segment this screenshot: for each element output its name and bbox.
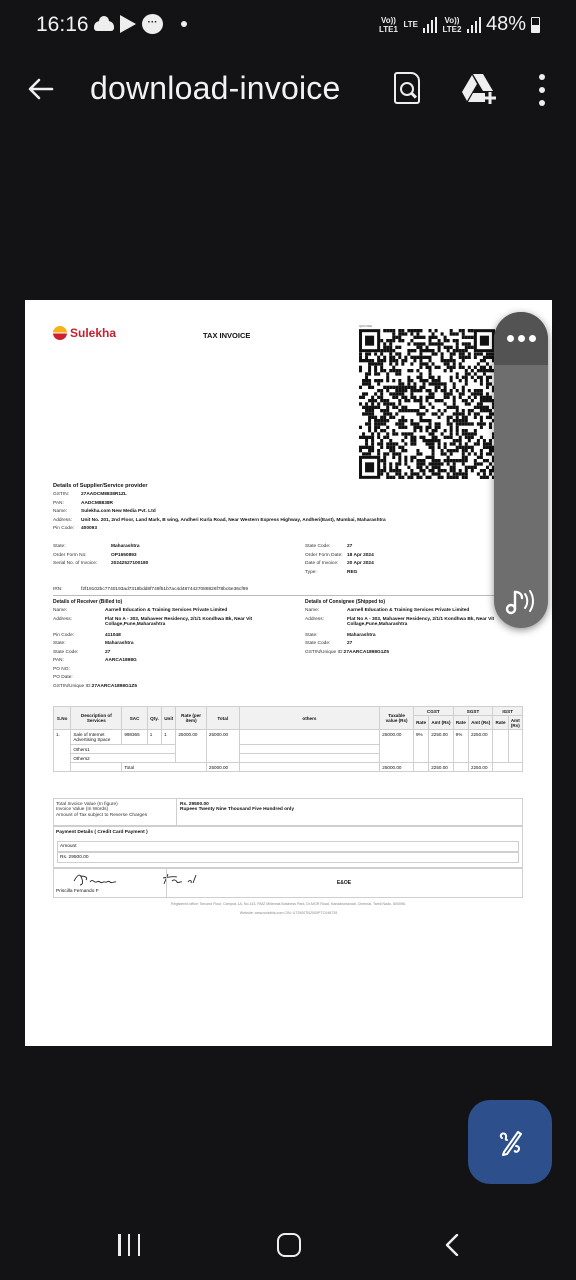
sim2-label: Vo)) LTE2 <box>442 16 462 34</box>
back-arrow-icon[interactable] <box>26 74 58 106</box>
items-table: S.No Description of Services SAC Qty. Un… <box>53 706 523 772</box>
field-label: Name: <box>53 608 105 613</box>
recents-button[interactable] <box>118 1234 140 1256</box>
table-total-row: Total 25000.00 25000.00 2250.00 2250.00 <box>54 763 523 772</box>
field-value: 20 Apr 2024 <box>347 561 374 566</box>
order-field: Date of Invoice:20 Apr 2024 <box>305 561 374 566</box>
supplier-field: GSTIN:27AADCM8838R1ZL <box>53 492 127 497</box>
field-value: REG <box>347 570 357 575</box>
field-label: State: <box>53 641 105 646</box>
battery-percent: 48% <box>486 13 526 36</box>
divider <box>53 595 523 596</box>
receiver-field: Pin Code:411048 <box>53 633 121 638</box>
field-value: Flat No A - 303, Mahaveer Residency, 2/1… <box>347 617 497 628</box>
supplier-field: PAN:AADCM8838R <box>53 501 113 506</box>
supplier-field: Pin Code:400093 <box>53 526 97 531</box>
payment-heading: Payment Details ( Credit Card Payment ) <box>56 830 148 835</box>
receiver-heading: Details of Receiver (Billed to) <box>53 599 122 605</box>
search-document-icon[interactable] <box>394 72 420 104</box>
field-label: Type: <box>305 570 347 575</box>
cloud-icon <box>94 21 114 31</box>
sim1-label: Vo)) LTE1 <box>378 16 398 34</box>
field-value: 27AADCM8838R1ZL <box>81 492 127 497</box>
field-value: 27AARCA1898G1Z5 <box>344 650 389 655</box>
field-value: Sulekha.com New Media Pvt. Ltd <box>81 509 156 514</box>
field-value: 27 <box>347 544 352 549</box>
irn-value: f2f19102bc7740193ad7318bdd8f749f51b7ac4d… <box>81 587 248 592</box>
order-field: Type:REG <box>305 570 357 575</box>
eoe-label: E&OE <box>166 880 522 886</box>
more-horiz-icon[interactable] <box>494 312 548 365</box>
navigation-bar <box>0 1210 576 1280</box>
supplier-field: Address:Unit No. 201, 2nd Floor, Land Ma… <box>53 518 386 523</box>
receiver-field: PAN:AARCA1898G <box>53 658 137 663</box>
drive-add-icon[interactable] <box>462 72 498 106</box>
field-label: GSTIN/Unique ID: <box>53 684 92 689</box>
table-header-row: S.No Description of Services SAC Qty. Un… <box>54 707 523 716</box>
invoice-title: TAX INVOICE <box>203 331 250 340</box>
home-button[interactable] <box>277 1233 301 1257</box>
field-value: Maharashtra <box>111 544 140 549</box>
field-label: GSTIN/Unique ID: <box>305 650 344 655</box>
receiver-field: Address:Flat No A - 303, Mahaveer Reside… <box>53 617 255 628</box>
receiver-field: PO NO: <box>53 667 105 672</box>
footer-address: Registered office: Second Floor, Campus … <box>25 902 552 906</box>
invoice-page: Sulekha TAX INVOICE QRCODE Details of Su… <box>25 300 552 1046</box>
field-label: Date of Invoice: <box>305 561 347 566</box>
field-label: GSTIN: <box>53 492 81 497</box>
field-value: 18 Apr 2024 <box>347 553 374 558</box>
field-label: Pin Code: <box>53 633 105 638</box>
field-label: Order Form No: <box>53 553 111 558</box>
field-label: Order Form Date: <box>305 553 347 558</box>
field-label: PAN: <box>53 501 81 506</box>
back-button[interactable] <box>442 1234 464 1256</box>
field-label: Pin Code: <box>53 526 81 531</box>
sulekha-logo: Sulekha <box>53 326 116 340</box>
consignee-field: Address:Flat No A - 303, Mahaveer Reside… <box>305 617 497 628</box>
field-value: 27 <box>347 641 352 646</box>
invoice-value-words: Rupees Twenty Nine Thousand Five Hundred… <box>180 807 294 812</box>
field-value: Unit No. 201, 2nd Floor, Land Mark, B wi… <box>81 518 386 523</box>
messages-icon: ··· <box>142 14 163 34</box>
field-value: OP1650893 <box>111 553 137 558</box>
field-label: State: <box>305 633 347 638</box>
order-field: State:Maharashtra <box>53 544 140 549</box>
field-value: 400093 <box>81 526 97 531</box>
supplier-field: Name:Sulekha.com New Media Pvt. Ltd <box>53 509 156 514</box>
field-value: Maharashtra <box>105 641 134 646</box>
field-value: Maharashtra <box>347 633 376 638</box>
signature-box: Priscilla Fernando F E&OE <box>53 868 523 898</box>
field-label: Name: <box>305 608 347 613</box>
table-row: 1. Sale of Internet Advertising Space 99… <box>54 730 523 745</box>
footer-website: Website: www.sulekha.com CIN: U72900TN20… <box>25 911 552 915</box>
payment-amount: Rs. 29500.00 <box>57 852 519 863</box>
consignee-field: State:Maharashtra <box>305 633 376 638</box>
consignee-heading: Details of Consignee (Shipped to) <box>305 599 385 605</box>
invoice-summary: Total Invoice Value (In figure) Invoice … <box>53 798 523 826</box>
status-time: 16:16 <box>36 13 89 37</box>
field-label: PO NO: <box>53 667 105 672</box>
field-label: State Code: <box>305 544 347 549</box>
field-label: Serial No. of Invoice: <box>53 561 111 566</box>
dot-icon <box>181 21 187 27</box>
field-label: Name: <box>53 509 81 514</box>
field-label: Address: <box>305 617 347 628</box>
order-field: Order Form Date:18 Apr 2024 <box>305 553 374 558</box>
field-value: Flat No A - 303, Mahaveer Residency, 2/1… <box>105 617 255 628</box>
brand-name: Sulekha <box>70 326 116 340</box>
system-status: Vo)) LTE1 LTE Vo)) LTE2 48% <box>378 13 540 36</box>
qr-label: QRCODE <box>359 324 372 328</box>
field-value: AADCM8838R <box>81 501 113 506</box>
irn-row: IRN: f2f19102bc7740193ad7318bdd8f749f51b… <box>53 587 248 592</box>
field-value: Aarnell Education & Training Services Pr… <box>105 608 227 613</box>
field-label: PAN: <box>53 658 105 663</box>
qr-code <box>359 329 495 479</box>
receiver-field: PO Date: <box>53 675 105 680</box>
receiver-field: State Code:27 <box>53 650 110 655</box>
consignee-field: Name:Aarnell Education & Training Servic… <box>305 608 469 613</box>
field-value: 20242527100180 <box>111 561 148 566</box>
signal-icon <box>467 17 481 33</box>
field-label: PO Date: <box>53 675 105 680</box>
more-vert-icon[interactable] <box>536 74 548 106</box>
page-title: download-invoice <box>90 70 340 107</box>
music-note-icon[interactable] <box>504 586 538 616</box>
field-label: State: <box>53 544 111 549</box>
field-value: Aarnell Education & Training Services Pr… <box>347 608 469 613</box>
app-bar: download-invoice <box>0 60 576 120</box>
receiver-field: GSTIN/Unique ID:27AARCA1898G1Z5 <box>53 684 137 689</box>
supplier-heading: Details of Supplier/Service provider <box>53 483 148 489</box>
logo-mark-icon <box>53 326 67 340</box>
order-field: State Code:27 <box>305 544 352 549</box>
consignee-field: State Code:27 <box>305 641 352 646</box>
receiver-field: Name:Aarnell Education & Training Servic… <box>53 608 227 613</box>
play-store-icon <box>120 15 136 33</box>
field-value: 27AARCA1898G1Z5 <box>92 684 137 689</box>
status-bar: 16:16 ··· Vo)) LTE1 LTE Vo)) LTE2 48% <box>0 0 576 50</box>
data-label: LTE <box>403 20 418 29</box>
floating-panel[interactable] <box>494 312 548 628</box>
draw-edit-icon <box>494 1126 526 1158</box>
notification-icons: ··· <box>94 14 187 34</box>
field-label: State Code: <box>305 641 347 646</box>
order-field: Serial No. of Invoice:20242527100180 <box>53 561 148 566</box>
field-label: Address: <box>53 518 81 523</box>
order-field: Order Form No:OP1650893 <box>53 553 137 558</box>
consignee-field: GSTIN/Unique ID:27AARCA1898G1Z5 <box>305 650 389 655</box>
signatory-name: Priscilla Fernando F <box>56 889 99 894</box>
field-label: Address: <box>53 617 105 628</box>
field-value: 27 <box>105 650 110 655</box>
draw-fab-button[interactable] <box>468 1100 552 1184</box>
field-value: 411048 <box>105 633 121 638</box>
signal-icon <box>423 17 437 33</box>
field-label: State Code: <box>53 650 105 655</box>
field-value: AARCA1898G <box>105 658 137 663</box>
battery-icon <box>531 17 540 33</box>
payment-details: Payment Details ( Credit Card Payment ) … <box>53 826 523 868</box>
receiver-field: State:Maharashtra <box>53 641 134 646</box>
